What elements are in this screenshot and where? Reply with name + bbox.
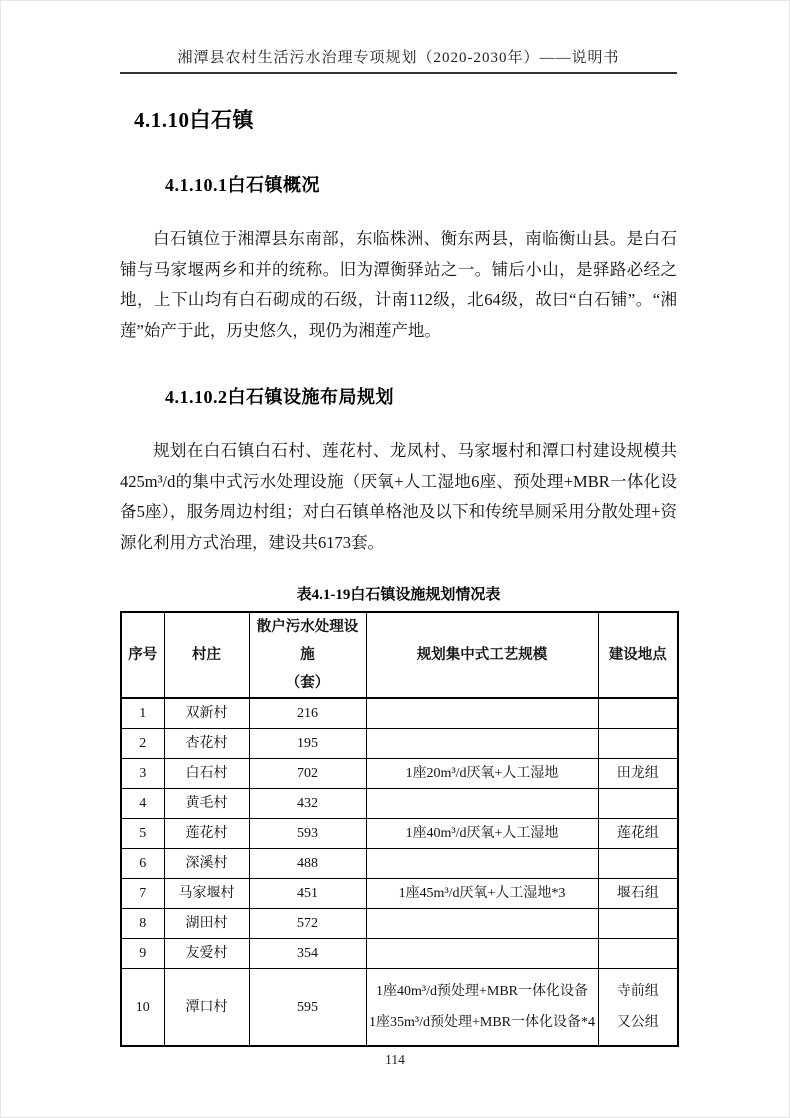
cell-village: 马家堰村 [164, 879, 249, 909]
cell-location [598, 789, 678, 819]
cell-location: 堰石组 [598, 879, 678, 909]
document-page: 湘潭县农村生活污水治理专项规划（2020-2030年）——说明书 4.1.10白… [0, 0, 790, 1118]
cell-village: 潭口村 [164, 969, 249, 1047]
cell-index: 1 [121, 698, 164, 729]
table-row: 6深溪村488 [121, 849, 678, 879]
cell-centralized-process [366, 789, 598, 819]
cell-household-units: 216 [249, 698, 366, 729]
cell-location: 寺前组 又公组 [598, 969, 678, 1047]
cell-household-units: 595 [249, 969, 366, 1047]
running-header: 湘潭县农村生活污水治理专项规划（2020-2030年）——说明书 [120, 46, 677, 67]
cell-household-units: 488 [249, 849, 366, 879]
cell-index: 8 [121, 909, 164, 939]
cell-index: 5 [121, 819, 164, 849]
cell-village: 友爱村 [164, 939, 249, 969]
table-row: 1双新村216 [121, 698, 678, 729]
cell-centralized-process [366, 939, 598, 969]
subsection-heading-overview: 4.1.10.1白石镇概况 [165, 171, 677, 197]
cell-village: 湖田村 [164, 909, 249, 939]
table-row: 4黄毛村432 [121, 789, 678, 819]
cell-household-units: 572 [249, 909, 366, 939]
column-header-centralized-process: 规划集中式工艺规模 [366, 612, 598, 698]
cell-index: 2 [121, 729, 164, 759]
cell-index: 9 [121, 939, 164, 969]
column-header-location: 建设地点 [598, 612, 678, 698]
cell-location [598, 909, 678, 939]
cell-centralized-process: 1座40m³/d预处理+MBR一体化设备 1座35m³/d预处理+MBR一体化设… [366, 969, 598, 1047]
page-number: 114 [0, 1052, 790, 1068]
paragraph-facility-layout: 规划在白石镇白石村、莲花村、龙凤村、马家堰村和潭口村建设规模共425m³/d的集… [120, 436, 677, 558]
header-rule [120, 72, 677, 74]
subsection-heading-facility-layout: 4.1.10.2白石镇设施布局规划 [165, 383, 677, 409]
table-row: 8湖田村572 [121, 909, 678, 939]
cell-household-units: 593 [249, 819, 366, 849]
cell-village: 莲花村 [164, 819, 249, 849]
cell-centralized-process [366, 909, 598, 939]
cell-index: 6 [121, 849, 164, 879]
cell-household-units: 195 [249, 729, 366, 759]
cell-centralized-process: 1座45m³/d厌氧+人工湿地*3 [366, 879, 598, 909]
column-header-village: 村庄 [164, 612, 249, 698]
table-caption: 表4.1-19白石镇设施规划情况表 [120, 583, 677, 604]
table-row: 9友爱村354 [121, 939, 678, 969]
facility-planning-table: 序号村庄散户污水处理设施 （套）规划集中式工艺规模建设地点 1双新村2162杏花… [120, 611, 679, 1047]
table-header-row: 序号村庄散户污水处理设施 （套）规划集中式工艺规模建设地点 [121, 612, 678, 698]
cell-location [598, 698, 678, 729]
cell-centralized-process: 1座40m³/d厌氧+人工湿地 [366, 819, 598, 849]
table-row: 10潭口村5951座40m³/d预处理+MBR一体化设备 1座35m³/d预处理… [121, 969, 678, 1047]
table-row: 7马家堰村4511座45m³/d厌氧+人工湿地*3堰石组 [121, 879, 678, 909]
column-header-index: 序号 [121, 612, 164, 698]
cell-village: 黄毛村 [164, 789, 249, 819]
cell-village: 杏花村 [164, 729, 249, 759]
cell-village: 双新村 [164, 698, 249, 729]
cell-village: 白石村 [164, 759, 249, 789]
cell-centralized-process [366, 729, 598, 759]
table-row: 2杏花村195 [121, 729, 678, 759]
cell-index: 3 [121, 759, 164, 789]
cell-centralized-process [366, 698, 598, 729]
cell-location [598, 939, 678, 969]
cell-household-units: 354 [249, 939, 366, 969]
cell-household-units: 702 [249, 759, 366, 789]
paragraph-town-overview: 白石镇位于湘潭县东南部，东临株洲、衡东两县，南临衡山县。是白石铺与马家堰两乡和并… [120, 224, 677, 346]
cell-village: 深溪村 [164, 849, 249, 879]
table-row: 5莲花村5931座40m³/d厌氧+人工湿地莲花组 [121, 819, 678, 849]
cell-location [598, 729, 678, 759]
cell-location: 莲花组 [598, 819, 678, 849]
section-heading: 4.1.10白石镇 [134, 104, 677, 134]
cell-index: 7 [121, 879, 164, 909]
cell-location: 田龙组 [598, 759, 678, 789]
cell-index: 10 [121, 969, 164, 1047]
column-header-household-units: 散户污水处理设施 （套） [249, 612, 366, 698]
cell-household-units: 451 [249, 879, 366, 909]
cell-centralized-process [366, 849, 598, 879]
table-row: 3白石村7021座20m³/d厌氧+人工湿地田龙组 [121, 759, 678, 789]
cell-household-units: 432 [249, 789, 366, 819]
cell-index: 4 [121, 789, 164, 819]
cell-centralized-process: 1座20m³/d厌氧+人工湿地 [366, 759, 598, 789]
cell-location [598, 849, 678, 879]
